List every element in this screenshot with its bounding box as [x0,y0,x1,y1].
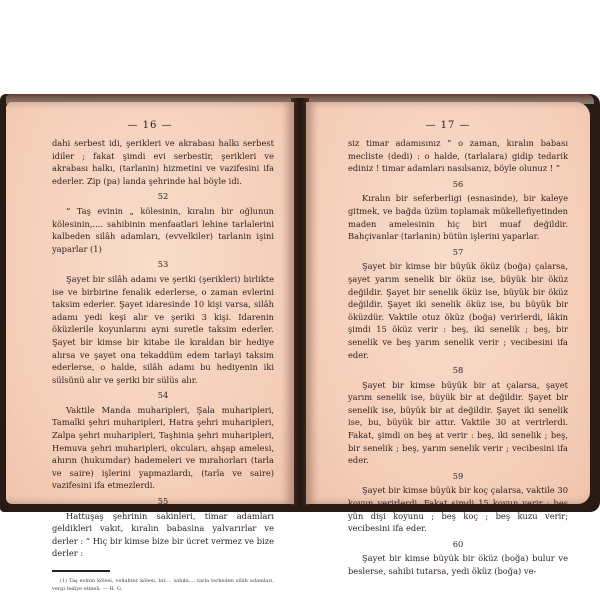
footnote-divider [52,570,110,572]
footnote: (1) Taş evinin kölesi, vellahter kölesi,… [52,577,274,593]
left-page-content: dahi serbest idi, şerikleri ve akrabası … [6,137,294,593]
open-book: — 16 — dahi serbest idi, şerikleri ve ak… [0,94,600,512]
section-text: Hattuşaş şehrinin sakinleri, timar adaml… [52,510,274,560]
section-text: Kıralın bir seferberligi (esnasinde), bi… [348,192,568,242]
section-number: 54 [52,389,274,402]
right-page: — 17 — siz timar adamısınız ” o zaman, k… [306,102,590,504]
section-number: 58 [348,364,568,377]
section-number: 52 [52,190,274,203]
section-number: 55 [52,495,274,508]
right-opening-paragraph: siz timar adamısınız ” o zaman, kıralın … [348,137,568,175]
section-number: 59 [348,470,568,483]
section-text: Şayet bir kimse büyük bir at çalarsa, şa… [348,379,568,467]
section-number: 60 [348,538,568,551]
left-opening-paragraph: dahi serbest idi, şerikleri ve akrabası … [52,137,274,187]
left-page: — 16 — dahi serbest idi, şerikleri ve ak… [6,102,294,504]
section-text: Şayet bir kimse bir büyük öküz (boğa) ça… [348,260,568,361]
section-text: Şayet bir silâh adamı ve şeriki (şerikle… [52,273,274,386]
section-number: 53 [52,258,274,271]
section-number: 57 [348,246,568,259]
section-text: Şayet bir kimse büyük bir öküz (boğa) bu… [348,552,568,577]
section-text: “ Taş evinin „ kölesinin, kıralın bir oğ… [52,205,274,255]
right-page-number: — 17 — [306,120,590,131]
section-number: 56 [348,178,568,191]
left-page-number: — 16 — [6,120,294,131]
section-text: Şayet bir kimse büyük bir koç çalarsa, v… [348,484,568,534]
section-text: Vaktile Manda muharipleri, Şala muharipl… [52,404,274,492]
right-page-content: siz timar adamısınız ” o zaman, kıralın … [306,137,590,578]
